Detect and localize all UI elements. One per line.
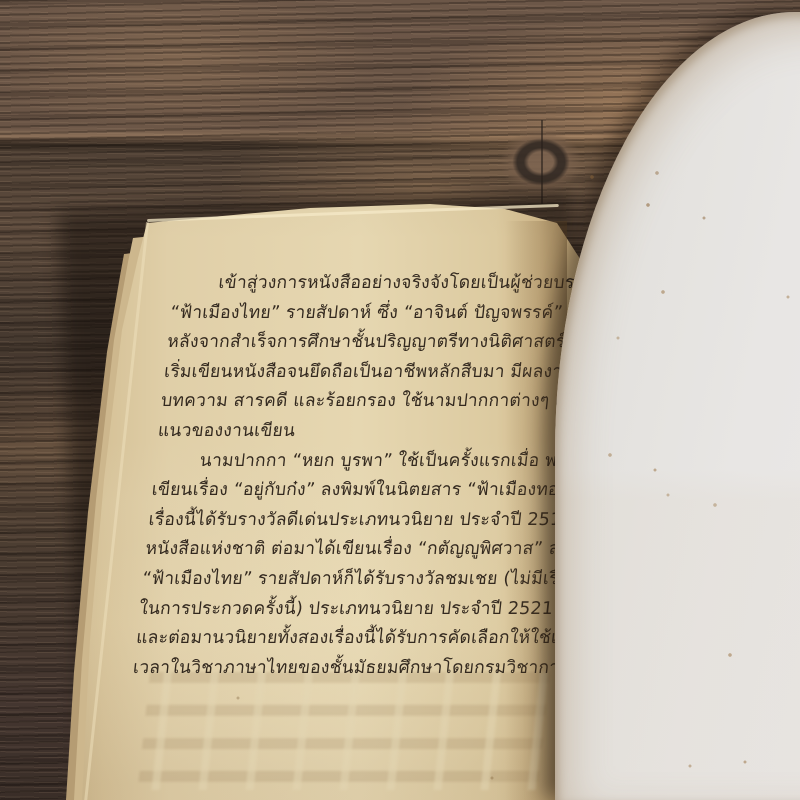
photo-open-book-on-table: เข้าสู่วงการหนังสืออย่างจริงจังโดยเป็นผู… bbox=[0, 0, 800, 800]
show-through-ghost-text bbox=[138, 672, 550, 790]
wood-knot bbox=[500, 128, 582, 196]
